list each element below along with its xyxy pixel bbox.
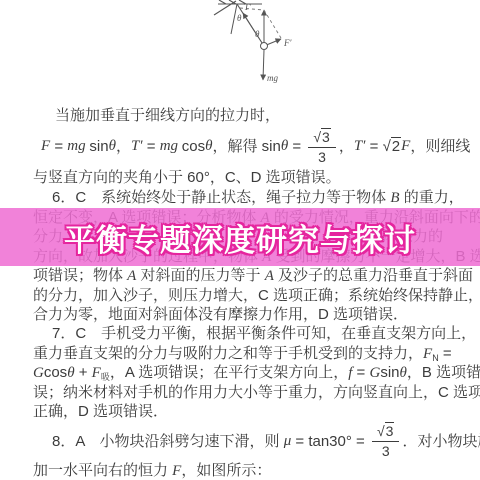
text-segment: ，则细线 [410,137,470,156]
text-segment: ．对小物块施 [402,432,480,451]
text-segment: ， [339,137,354,156]
fraction-numerator: √3 [372,424,399,442]
text-segment: 与竖直方向的夹角小于 60°，C、D 选项错误。 [33,169,341,186]
text-line: Gcosθ + F吸，A 选项错误；在平行支架方向上，f = Gsinθ，B 选… [33,363,449,382]
text-segment: + [75,364,92,381]
text-line: F = mg sinθ，T′ = mg cosθ，解得 sinθ = √33，T… [33,126,449,168]
text-segment: 及沙子的总重力沿垂直于斜面 [274,267,473,284]
weight-arrow [263,50,264,80]
text-line: 合力为零，地面对斜面体没有摩擦力作用，D 选项错误． [33,305,449,324]
text-segment: cos [44,364,67,381]
construction-dash-right [264,10,281,38]
sqrt-expression: √2 [383,137,402,156]
text-line: 当施加垂直于细线方向的拉力时， [33,106,449,126]
text-line: 重力垂直支架的分力与吸附力之和等于手机受到的支持力，FN = [33,344,449,363]
math-segment: θ [109,137,116,156]
text-line: 的分力，加入沙子，则压力增大，C 选项正确；系统始终保持静止， [33,286,449,305]
text-segment: 的重力， [400,189,464,206]
text-line: 项错误；物体 A 对斜面的压力等于 A 及沙子的总重力沿垂直于斜面 [33,266,449,285]
text-segment: 对斜面的压力等于 [136,267,264,284]
angle-mid-label: θ [255,29,260,39]
text-segment: ， [116,137,131,156]
text-segment: = [439,345,452,362]
math-segment: T′ [354,137,366,156]
math-segment: A [127,268,136,284]
text-line: 正确，D 选项错误． [33,402,449,421]
text-segment: = tan30° = [291,432,369,451]
text-segment: 合力为零，地面对斜面体没有摩擦力作用，D 选项错误． [33,306,408,323]
text-segment: 加一水平向右的恒力 [33,462,172,479]
text-segment: cos [182,137,205,156]
text-line: 加一水平向右的恒力 F，如图所示： [33,461,449,480]
math-segment: θ [67,365,74,381]
math-segment: F [423,346,432,362]
applied-force-label: F′ [283,38,292,48]
watermark-title: 平衡专题深度研究与探讨 [64,215,416,260]
tension-arrow [243,13,255,32]
text-line: 与竖直方向的夹角小于 60°，C、D 选项错误。 [33,168,449,188]
pendulum-force-diagram: T′ θ θ F′ mg [202,0,312,98]
math-segment: μ [284,432,292,451]
math-segment: F [41,137,50,156]
math-segment: G [370,365,381,381]
math-segment: T′ [131,137,143,156]
text-segment: 正确，D 选项错误． [33,403,168,420]
weight-label: mg [267,73,278,83]
text-segment: = [50,137,67,156]
math-segment: F [401,137,410,156]
text-segment: sin [380,364,399,381]
math-segment: θ [400,365,407,381]
document-page: T′ θ θ F′ mg 当施加垂直于细线方向的拉力时，F = mg sinθ，… [0,0,480,480]
text-segment: ，解得 sin [213,137,281,156]
text-segment: = [288,137,305,156]
math-segment: F [92,365,101,381]
text-segment: = [143,137,160,156]
fraction-denominator: 3 [318,148,326,165]
fraction-expression: √33 [372,424,399,458]
text-line: 误；纳米材料对手机的作用力大小等于重力，方向竖直向上，C 选项 [33,383,449,402]
text-segment: 重力垂直支架的分力与吸附力之和等于手机受到的支持力， [33,345,423,362]
math-segment: G [33,365,44,381]
text-segment: ，B 选项错 [407,364,480,381]
radicand: 2 [391,137,401,155]
bob-circle [261,43,268,50]
text-segment: ，A 选项错误；在平行支架方向上， [110,364,348,381]
text-segment: 7．C 手机受力平衡，根据平衡条件可知，在垂直支架方向上， [52,325,476,342]
math-segment: θ [205,137,212,156]
tension-label: T′ [244,2,252,12]
text-segment: 误；纳米材料对手机的作用力大小等于重力，方向竖直向上，C 选项 [33,384,480,401]
radicand: 3 [385,422,395,439]
text-line: 7．C 手机受力平衡，根据平衡条件可知，在垂直支架方向上， [33,324,449,343]
subscript-segment: 吸 [101,372,110,382]
text-segment: sin [89,137,108,156]
math-segment: mg [67,137,89,156]
fraction-expression: √33 [308,130,335,164]
math-segment: mg [160,137,182,156]
text-segment: 6．C 系统始终处于静止状态，绳子拉力等于物体 [52,189,390,206]
text-segment: 当施加垂直于细线方向的拉力时， [55,107,280,124]
text-line: 8．A 小物块沿斜劈匀速下滑，则 μ = tan30° = √33．对小物块施 [33,421,449,461]
math-segment: A [265,268,274,284]
fraction-denominator: 3 [382,442,390,459]
math-segment: B [390,190,399,206]
angle-top-label: θ [237,13,242,23]
math-segment: θ [281,137,288,156]
text-segment: 的分力，加入沙子，则压力增大，C 选项正确；系统始终保持静止， [33,287,480,304]
text-segment: 项错误；物体 [33,267,127,284]
text-segment: ，如图所示： [181,462,271,479]
solution-text-block: 当施加垂直于细线方向的拉力时，F = mg sinθ，T′ = mg cosθ，… [33,106,449,480]
math-segment: F [172,463,181,479]
radicand: 3 [321,128,331,145]
text-segment: = [352,364,369,381]
fraction-numerator: √3 [308,130,335,148]
text-segment: 8．A 小物块沿斜劈匀速下滑，则 [52,432,284,451]
text-line: 6．C 系统始终处于静止状态，绳子拉力等于物体 B 的重力， [33,188,449,208]
text-segment: = [365,137,382,156]
watermark-band: 平衡专题深度研究与探讨 [0,208,480,266]
